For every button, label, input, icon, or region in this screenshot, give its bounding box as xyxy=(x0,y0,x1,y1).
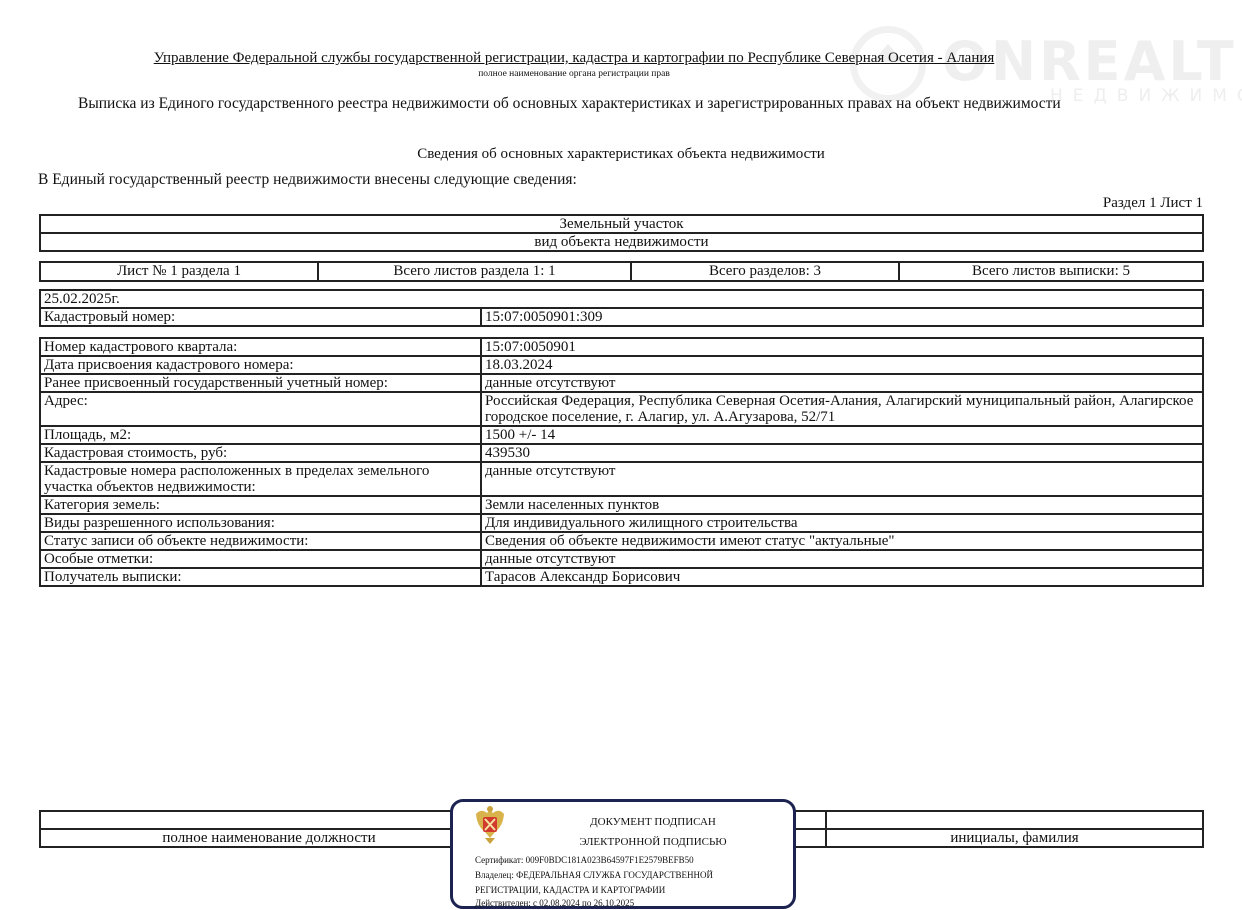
row-value: данные отсутствуют xyxy=(481,550,1203,568)
table-row: Получатель выписки:Тарасов Александр Бор… xyxy=(40,568,1203,586)
name-caption: инициалы, фамилия xyxy=(826,829,1203,847)
cadastral-number-value: 15:07:0050901:309 xyxy=(481,308,1203,326)
row-value: Российская Федерация, Республика Северна… xyxy=(481,392,1203,426)
row-value: 18.03.2024 xyxy=(481,356,1203,374)
name-field xyxy=(826,811,1203,829)
row-label: Особые отметки: xyxy=(40,550,481,568)
row-label: Получатель выписки: xyxy=(40,568,481,586)
row-label: Категория земель: xyxy=(40,496,481,514)
table-row: Виды разрешенного использования:Для инди… xyxy=(40,514,1203,532)
row-label: Виды разрешенного использования: xyxy=(40,514,481,532)
row-label: Ранее присвоенный государственный учетны… xyxy=(40,374,481,392)
stamp-title-line1: ДОКУМЕНТ ПОДПИСАН xyxy=(513,816,793,828)
table-row: Ранее присвоенный государственный учетны… xyxy=(40,374,1203,392)
row-label: Кадастровая стоимость, руб: xyxy=(40,444,481,462)
table-row: Особые отметки:данные отсутствуют xyxy=(40,550,1203,568)
row-value: данные отсутствуют xyxy=(481,462,1203,496)
sheets-table: Лист № 1 раздела 1 Всего листов раздела … xyxy=(39,261,1204,282)
coat-of-arms-icon xyxy=(473,804,507,846)
row-value: Земли населенных пунктов xyxy=(481,496,1203,514)
table-row: Кадастровая стоимость, руб:439530 xyxy=(40,444,1203,462)
row-value: Тарасов Александр Борисович xyxy=(481,568,1203,586)
cadastral-number-label: Кадастровый номер: xyxy=(40,308,481,326)
stamp-title-line2: ЭЛЕКТРОННОЙ ПОДПИСЬЮ xyxy=(513,836,793,848)
sheet-number: Лист № 1 раздела 1 xyxy=(40,262,318,281)
object-kind-table: Земельный участок вид объекта недвижимос… xyxy=(39,214,1204,252)
characteristics-table: Номер кадастрового квартала:15:07:005090… xyxy=(39,337,1204,587)
stamp-owner-line2: РЕГИСТРАЦИИ, КАДАСТРА И КАРТОГРАФИИ xyxy=(475,885,665,895)
row-label: Статус записи об объекте недвижимости: xyxy=(40,532,481,550)
row-value: 1500 +/- 14 xyxy=(481,426,1203,444)
table-row: Кадастровые номера расположенных в преде… xyxy=(40,462,1203,496)
e-signature-stamp: ДОКУМЕНТ ПОДПИСАН ЭЛЕКТРОННОЙ ПОДПИСЬЮ С… xyxy=(450,799,796,909)
row-value: данные отсутствуют xyxy=(481,374,1203,392)
row-label: Номер кадастрового квартала: xyxy=(40,338,481,356)
row-value: 439530 xyxy=(481,444,1203,462)
section-title: Сведения об основных характеристиках объ… xyxy=(0,146,1242,163)
object-kind-value: Земельный участок xyxy=(40,215,1203,233)
row-value: Для индивидуального жилищного строительс… xyxy=(481,514,1203,532)
watermark-sub: НЕДВИЖИМОСТЬ xyxy=(1050,86,1242,106)
sections-total: Всего разделов: 3 xyxy=(631,262,899,281)
extract-date: 25.02.2025г. xyxy=(40,290,1203,308)
org-caption: полное наименование органа регистрации п… xyxy=(0,69,1148,79)
row-label: Дата присвоения кадастрового номера: xyxy=(40,356,481,374)
table-row: Статус записи об объекте недвижимости:Св… xyxy=(40,532,1203,550)
table-row: Дата присвоения кадастрового номера:18.0… xyxy=(40,356,1203,374)
table-row: Категория земель:Земли населенных пункто… xyxy=(40,496,1203,514)
org-name-text: Управление Федеральной службы государств… xyxy=(154,50,995,66)
intro-text: В Единый государственный реестр недвижим… xyxy=(38,171,577,189)
row-label: Площадь, м2: xyxy=(40,426,481,444)
extract-sheets-total: Всего листов выписки: 5 xyxy=(899,262,1203,281)
row-label: Кадастровые номера расположенных в преде… xyxy=(40,462,481,496)
row-value: Сведения об объекте недвижимости имеют с… xyxy=(481,532,1203,550)
stamp-validity: Действителен: с 02.08.2024 по 26.10.2025 xyxy=(475,898,634,908)
row-value: 15:07:0050901 xyxy=(481,338,1203,356)
sheet-reference: Раздел 1 Лист 1 xyxy=(1103,195,1203,212)
header-table: 25.02.2025г. Кадастровый номер: 15:07:00… xyxy=(39,289,1204,327)
stamp-owner-line1: Владелец: ФЕДЕРАЛЬНАЯ СЛУЖБА ГОСУДАРСТВЕ… xyxy=(475,870,713,880)
position-field xyxy=(40,811,498,829)
section-sheets-total: Всего листов раздела 1: 1 xyxy=(318,262,631,281)
table-row: Адрес:Российская Федерация, Республика С… xyxy=(40,392,1203,426)
table-row: Площадь, м2:1500 +/- 14 xyxy=(40,426,1203,444)
table-row: Номер кадастрового квартала:15:07:005090… xyxy=(40,338,1203,356)
position-caption: полное наименование должности xyxy=(40,829,498,847)
object-kind-caption: вид объекта недвижимости xyxy=(40,233,1203,251)
row-label: Адрес: xyxy=(40,392,481,426)
stamp-certificate: Сертификат: 009F0BDC181A023B64597F1E2579… xyxy=(475,855,694,865)
org-name: Управление Федеральной службы государств… xyxy=(0,50,1148,67)
document-title: Выписка из Единого государственного реес… xyxy=(78,95,1061,113)
